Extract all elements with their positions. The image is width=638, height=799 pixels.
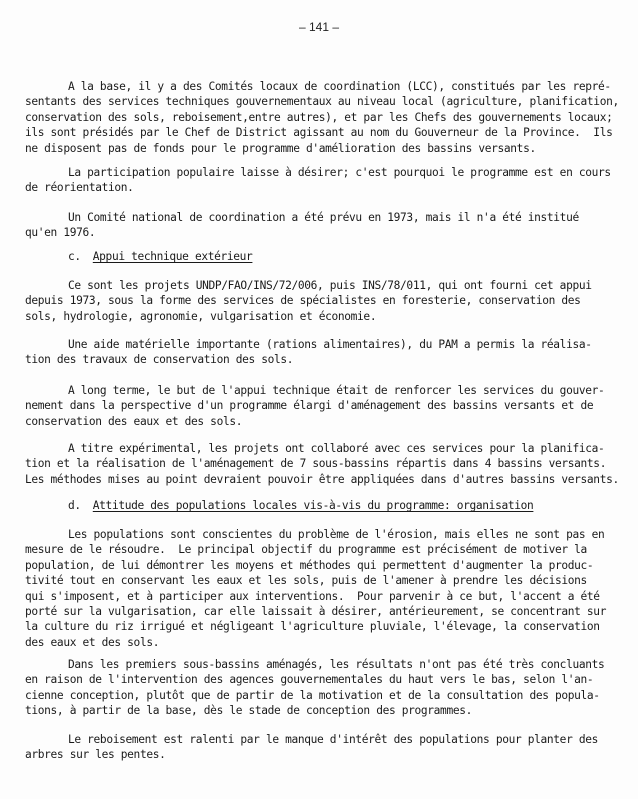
paragraph-national-committee: Un Comité national de coordination a été…	[25, 210, 610, 241]
paragraph-local-committees: A la base, il y a des Comités locaux de …	[25, 79, 610, 156]
text-line: Dans les premiers sous-bassins aménagés,…	[25, 657, 610, 672]
text-line: Les populations sont conscientes du prob…	[25, 527, 610, 542]
text-line: tions, à partir de la base, dès le stade…	[25, 703, 610, 718]
text-line: conservation des eaux et des sols.	[25, 414, 610, 429]
text-line: sentants des services techniques gouvern…	[25, 94, 610, 109]
text-line: depuis 1973, sous la forme des services …	[25, 293, 610, 308]
text-line: arbres sur les pentes.	[25, 747, 610, 762]
text-line: nement dans la perspective d'un programm…	[25, 398, 610, 413]
text-line: ne disposent pas de fonds pour le progra…	[25, 141, 610, 156]
text-line: des eaux et des sols.	[25, 635, 610, 650]
text-line: A titre expérimental, les projets ont co…	[25, 441, 610, 456]
section-letter: c.	[68, 250, 81, 263]
text-line: porté sur la vulgarisation, car elle lai…	[25, 604, 610, 619]
text-line: tion des travaux de conservation des sol…	[25, 352, 610, 367]
paragraph-reforestation: Le reboisement est ralenti par le manque…	[25, 732, 610, 763]
paragraph-first-subbasins: Dans les premiers sous-bassins aménagés,…	[25, 657, 610, 719]
text-line: cienne conception, plutôt que de partir …	[25, 688, 610, 703]
section-letter: d.	[68, 499, 81, 512]
section-title: Attitude des populations locales vis-à-v…	[93, 499, 534, 512]
section-title: Appui technique extérieur	[93, 250, 253, 263]
section-heading-c: c.Appui technique extérieur	[68, 250, 252, 263]
text-line: tion et la réalisation de l'aménagement …	[25, 456, 610, 471]
text-line: tivité tout en conservant les eaux et le…	[25, 573, 610, 588]
paragraph-experimental: A titre expérimental, les projets ont co…	[25, 441, 610, 487]
paragraph-long-term: A long terme, le but de l'appui techniqu…	[25, 383, 610, 429]
text-line: Un Comité national de coordination a été…	[25, 210, 610, 225]
paragraph-popular-participation: La participation populaire laisse à dési…	[25, 165, 610, 196]
text-line: qui s'imposent, et à participer aux inte…	[25, 589, 610, 604]
section-heading-d: d.Attitude des populations locales vis-à…	[68, 499, 533, 512]
text-line: conservation des sols, reboisement,entre…	[25, 110, 610, 125]
paragraph-material-aid: Une aide matérielle importante (rations …	[25, 337, 610, 368]
text-line: ils sont présidés par le Chef de Distric…	[25, 125, 610, 140]
text-line: en raison de l'intervention des agences …	[25, 672, 610, 687]
text-line: population, de lui démontrer les moyens …	[25, 558, 610, 573]
text-line: Une aide matérielle importante (rations …	[25, 337, 610, 352]
text-line: mesure de le résoudre. Le principal obje…	[25, 542, 610, 557]
text-line: La participation populaire laisse à dési…	[25, 165, 610, 180]
text-line: sols, hydrologie, agronomie, vulgarisati…	[25, 309, 610, 324]
paragraph-populations-aware: Les populations sont conscientes du prob…	[25, 527, 610, 650]
text-line: la culture du riz irrigué et négligeant …	[25, 619, 610, 634]
paragraph-projects: Ce sont les projets UNDP/FAO/INS/72/006,…	[25, 278, 610, 324]
text-line: de réorientation.	[25, 180, 610, 195]
text-line: A long terme, le but de l'appui techniqu…	[25, 383, 610, 398]
page-number: – 141 –	[0, 20, 638, 34]
text-line: Ce sont les projets UNDP/FAO/INS/72/006,…	[25, 278, 610, 293]
text-line: Les méthodes mises au point devraient po…	[25, 472, 610, 487]
text-line: Le reboisement est ralenti par le manque…	[25, 732, 610, 747]
text-line: A la base, il y a des Comités locaux de …	[25, 79, 610, 94]
text-line: qu'en 1976.	[25, 225, 610, 240]
document-page: – 141 – A la base, il y a des Comités lo…	[0, 0, 638, 799]
